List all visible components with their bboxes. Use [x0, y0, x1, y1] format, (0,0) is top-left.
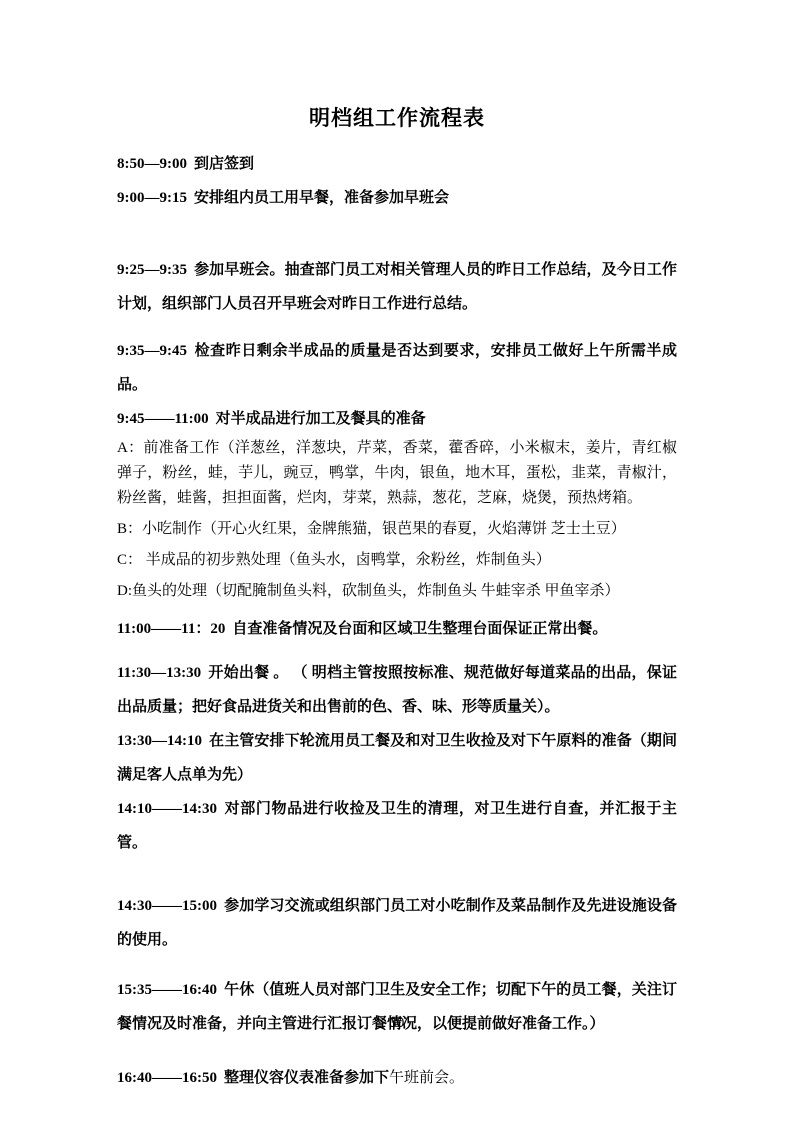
- prep-item-b: B：小吃制作（开心火红果，金牌熊猫，银芭果的春夏，火焰薄饼 芝士土豆）: [117, 517, 677, 542]
- entry-text: C： 半成品的初步熟处理（鱼头水，卤鸭掌，氽粉丝，炸制鱼头）: [117, 552, 551, 568]
- entry-text: 开始出餐 。 （ 明档主管按照按标准、规范做好每道菜品的出品，保证出品质量；把好…: [117, 665, 677, 715]
- entry-text: B：小吃制作（开心火红果，金牌熊猫，银芭果的春夏，火焰薄饼 芝士土豆）: [117, 521, 626, 537]
- prep-item-d: D:鱼头的处理（切配腌制鱼头料，砍制鱼头，炸制鱼头 牛蛙宰杀 甲鱼宰杀）: [117, 579, 677, 604]
- entry-time: 9:25—9:35: [117, 262, 187, 278]
- entry-text-light: 午班前会。: [389, 1070, 464, 1086]
- entry-time: 14:30——15:00: [117, 898, 217, 914]
- entry-time: 9:00—9:15: [117, 190, 187, 206]
- schedule-entry: 8:50—9:00到店签到: [117, 147, 677, 181]
- entry-time: 9:35—9:45: [117, 343, 187, 359]
- schedule-entry: 9:35—9:45检查昨日剩余半成品的质量是否达到要求，安排员工做好上午所需半成…: [117, 334, 677, 402]
- entry-time: 9:45——11:00: [117, 411, 209, 427]
- schedule-entry: 16:40——16:50整理仪容仪表准备参加下午班前会。: [117, 1061, 677, 1095]
- entry-text: D:鱼头的处理（切配腌制鱼头料，砍制鱼头，炸制鱼头 牛蛙宰杀 甲鱼宰杀）: [117, 583, 620, 599]
- entry-time: 11:00——11：20: [117, 621, 225, 637]
- entry-text: 整理仪容仪表准备参加下: [224, 1070, 389, 1086]
- entry-text: 检查昨日剩余半成品的质量是否达到要求，安排员工做好上午所需半成品。: [117, 343, 677, 393]
- entry-time: 13:30—14:10: [117, 733, 202, 749]
- entry-text: 自查准备情况及台面和区域卫生整理台面保证正常出餐。: [232, 621, 607, 637]
- entry-time: 11:30—13:30: [117, 665, 201, 681]
- entry-text: 参加早班会。抽查部门员工对相关管理人员的昨日工作总结，及今日工作计划，组织部门人…: [117, 262, 677, 312]
- schedule-entry: 9:25—9:35参加早班会。抽查部门员工对相关管理人员的昨日工作总结，及今日工…: [117, 253, 677, 321]
- schedule-entry: 15:35——16:40午休（值班人员对部门卫生及安全工作；切配下午的员工餐，关…: [117, 973, 677, 1041]
- schedule-entry: 11:00——11：20自查准备情况及台面和区域卫生整理台面保证正常出餐。: [117, 612, 677, 646]
- entry-time: 16:40——16:50: [117, 1070, 217, 1086]
- schedule-entry: 13:30—14:10在主管安排下轮流用员工餐及和对卫生收捡及对下午原料的准备（…: [117, 724, 677, 792]
- schedule-entry: 11:30—13:30开始出餐 。 （ 明档主管按照按标准、规范做好每道菜品的出…: [117, 656, 677, 724]
- entry-text: 对半成品进行加工及餐具的准备: [216, 411, 426, 427]
- entry-text: A：前准备工作（洋葱丝，洋葱块，芹菜，香菜，藿香碎，小米椒末，姜片，青红椒弹子，…: [117, 440, 677, 506]
- prep-item-a: A：前准备工作（洋葱丝，洋葱块，芹菜，香菜，藿香碎，小米椒末，姜片，青红椒弹子，…: [117, 436, 677, 511]
- entry-time: 8:50—9:00: [117, 156, 187, 172]
- entry-time: 14:10——14:30: [117, 801, 217, 817]
- document-page: 明档组工作流程表 8:50—9:00到店签到 9:00—9:15安排组内员工用早…: [0, 0, 793, 1122]
- page-number: 30: [0, 1014, 793, 1030]
- schedule-entry: 14:30——15:00参加学习交流或组织部门员工对小吃制作及菜品制作及先进设施…: [117, 889, 677, 957]
- page-title: 明档组工作流程表: [117, 105, 677, 131]
- schedule-entry: 14:10——14:30对部门物品进行收捡及卫生的清理，对卫生进行自查，并汇报于…: [117, 792, 677, 860]
- entry-time: 15:35——16:40: [117, 982, 217, 998]
- schedule-entry: 9:45——11:00对半成品进行加工及餐具的准备: [117, 402, 677, 436]
- document-body: 明档组工作流程表 8:50—9:00到店签到 9:00—9:15安排组内员工用早…: [117, 105, 677, 1095]
- prep-item-c: C： 半成品的初步熟处理（鱼头水，卤鸭掌，氽粉丝，炸制鱼头）: [117, 548, 677, 573]
- entry-text: 到店签到: [194, 156, 254, 172]
- entry-text: 安排组内员工用早餐，准备参加早班会: [194, 190, 449, 206]
- schedule-entry: 9:00—9:15安排组内员工用早餐，准备参加早班会: [117, 181, 677, 215]
